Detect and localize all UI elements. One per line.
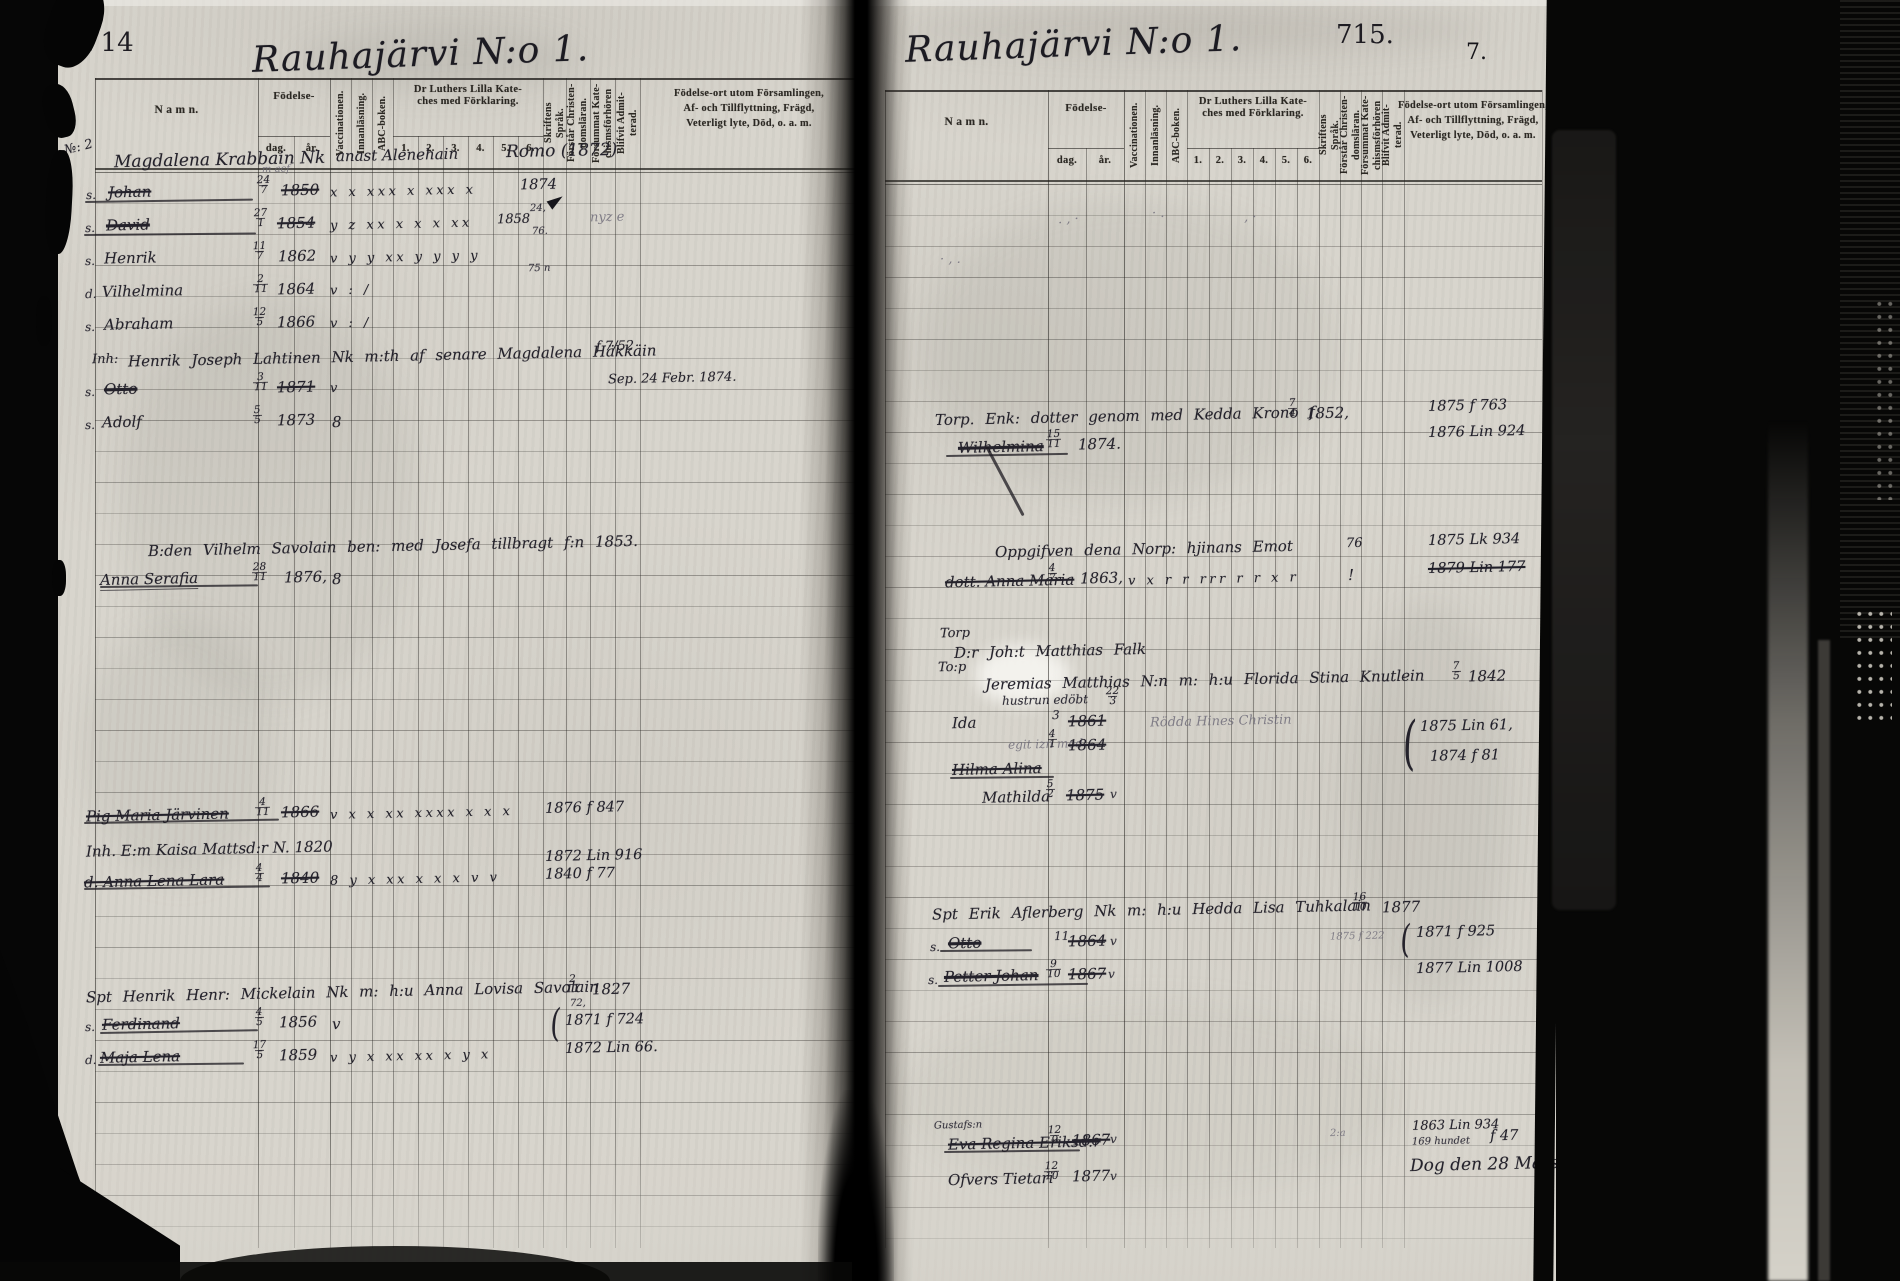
- handwritten-entry: 1862: [278, 247, 317, 266]
- handwritten-entry: Otto: [104, 380, 138, 399]
- handwritten-entry: v: [330, 381, 341, 396]
- handwritten-entry: 76.: [532, 226, 548, 237]
- row-line: [95, 730, 858, 731]
- column-line: [566, 78, 567, 1248]
- handwritten-entry: Romo (1872): [506, 140, 618, 162]
- handwritten-entry: v : /: [330, 283, 372, 299]
- handwritten-entry: 1854: [277, 214, 316, 233]
- date-fraction-part: 11: [253, 382, 269, 393]
- date-fraction-part: 4: [255, 873, 264, 883]
- handwritten-entry: 125: [253, 308, 267, 327]
- scan-speckles: [1876, 300, 1896, 500]
- date-fraction-part: 5: [255, 317, 264, 327]
- row-line: [95, 761, 858, 762]
- handwritten-entry: 129: [1048, 1126, 1062, 1145]
- book-fold-bottom: [818, 1090, 894, 1281]
- handwritten-entry: v: [1110, 934, 1117, 948]
- handwritten-entry: 1871: [277, 378, 316, 397]
- col-innanlasning-label: Innanläsning.: [1150, 94, 1162, 176]
- handwritten-entry: 1874.: [1078, 435, 1121, 454]
- handwritten-entry: 1875 Lk 934: [1428, 531, 1521, 549]
- handwritten-entry: 72,: [570, 998, 586, 1009]
- col-fodelse-label: Födelse-: [273, 90, 315, 103]
- row-line: [95, 513, 858, 514]
- handwritten-entry: 1856: [279, 1013, 318, 1032]
- row-line: [95, 606, 858, 607]
- row-line: [885, 370, 1542, 371]
- date-fraction-part: 11: [252, 572, 268, 583]
- col-namn-label: N a m n.: [155, 104, 199, 117]
- page-number-right: 715.: [1336, 20, 1394, 50]
- date-fraction-part: 11: [1046, 439, 1062, 450]
- handwritten-entry: Abraham: [104, 314, 174, 333]
- handwritten-entry: v: [1110, 1132, 1117, 1146]
- row-line: [95, 265, 858, 266]
- handwritten-entry: 3: [1052, 708, 1060, 722]
- date-fraction-part: 3: [1108, 696, 1117, 706]
- handwritten-entry: · .: [1152, 206, 1165, 221]
- row-line: [885, 339, 1542, 340]
- column-line: [468, 136, 469, 1248]
- handwritten-entry: v: [1110, 1169, 1117, 1183]
- col-forstar-christendomslaran-label: Förstår Christen- domsläran.: [1339, 94, 1363, 176]
- date-fraction-part: 5: [255, 1050, 264, 1060]
- handwritten-entry: 1877: [1072, 1167, 1111, 1186]
- scan-texture-column: [1552, 130, 1616, 910]
- handwritten-entry: 1861: [1068, 712, 1107, 731]
- row-line: [885, 180, 1542, 182]
- handwritten-entry: 247: [257, 176, 271, 195]
- col-blifvit-admitterad-label: Blifvit Admit- terad.: [616, 82, 640, 164]
- row-line: [95, 420, 858, 421]
- row-line: [95, 203, 858, 204]
- handwritten-entry: David: [106, 216, 150, 235]
- handwritten-entry: 211: [253, 275, 269, 295]
- handwritten-entry: 1875 f 222: [1330, 930, 1385, 942]
- row-line: [885, 711, 1542, 712]
- handwritten-entry: 55: [253, 406, 262, 425]
- handwritten-entry: 75: [1452, 662, 1461, 681]
- date-fraction-part: 7: [255, 251, 264, 261]
- handwritten-entry: 41: [1048, 730, 1057, 749]
- handwritten-entry: s.: [930, 940, 940, 954]
- handwritten-entry: 1877: [1382, 898, 1421, 917]
- handwritten-entry: 1864: [1068, 736, 1107, 755]
- handwritten-entry: , ·: [1244, 210, 1257, 225]
- col-fodelse-label: Födelse-: [1065, 102, 1107, 115]
- row-line: [95, 296, 858, 297]
- handwritten-entry: · , .: [940, 252, 961, 267]
- column-line: [543, 78, 544, 1248]
- column-line: [1253, 148, 1254, 1248]
- handwritten-entry: 1842: [1468, 667, 1507, 686]
- handwritten-entry: s.: [85, 418, 95, 432]
- handwritten-entry: 1875 Lin 61,: [1420, 717, 1513, 735]
- handwritten-entry: 52: [1046, 780, 1055, 799]
- column-line: [590, 78, 591, 1248]
- scan-white-streak: [1768, 420, 1808, 1281]
- handwritten-entry: 1852,: [1306, 404, 1349, 423]
- row-line: [95, 947, 858, 948]
- date-fraction-part: 10: [1046, 969, 1062, 980]
- handwritten-entry: s.: [85, 1020, 95, 1034]
- row-line: [885, 835, 1542, 836]
- handwritten-entry: 24,: [530, 203, 546, 214]
- col-skriftens-sprak-label: Skriftens Språk.: [1318, 94, 1342, 176]
- row-line: [95, 637, 858, 638]
- scan-speckles: [1856, 610, 1892, 720]
- handwritten-entry: 211: [565, 975, 581, 995]
- column-line: [294, 136, 295, 1248]
- handwritten-entry: !: [1348, 566, 1354, 584]
- handwritten-entry: 1874: [520, 177, 557, 194]
- handwritten-entry: 1874 f 81: [1430, 747, 1500, 764]
- row-line: [885, 742, 1542, 743]
- column-line: [1231, 148, 1232, 1248]
- row-line: [95, 78, 858, 80]
- column-line: [1297, 148, 1298, 1248]
- handwritten-entry: Ofvers Tietari: [948, 1169, 1054, 1189]
- date-fraction-part: 11: [253, 284, 269, 295]
- handwritten-entry: s.: [85, 385, 95, 399]
- handwritten-entry: 1867: [1072, 1131, 1111, 1150]
- scan-bottom-edge: [0, 1262, 852, 1281]
- date-fraction-part: 9: [1050, 1135, 1059, 1145]
- column-line: [443, 136, 444, 1248]
- column-line: [615, 78, 616, 1248]
- handwritten-entry: v : /: [330, 316, 372, 332]
- handwritten-entry: 1875: [1066, 786, 1105, 805]
- row-line: [885, 463, 1542, 464]
- row-line: [95, 668, 858, 669]
- handwritten-entry: hustrun edöbt: [1002, 692, 1088, 708]
- row-line: [95, 451, 858, 452]
- ink-blot: [52, 560, 66, 596]
- handwritten-entry: 1876 Lin 924: [1428, 423, 1526, 441]
- col-katekes-3-label: 3.: [1238, 154, 1246, 167]
- handwritten-entry: 74: [1288, 399, 1297, 418]
- date-fraction-part: 1: [256, 218, 265, 228]
- handwritten-entry: 1859: [279, 1046, 318, 1065]
- column-line: [1048, 90, 1049, 1248]
- handwritten-entry: (: [1401, 720, 1418, 767]
- handwritten-entry: s.: [928, 973, 938, 987]
- handwritten-entry: Johan: [108, 183, 152, 202]
- row-line: [95, 482, 858, 483]
- row-line: [95, 575, 858, 576]
- corner-mark: 7.: [1466, 40, 1487, 65]
- handwritten-entry: 47: [1048, 564, 1057, 583]
- date-fraction-part: 1: [1048, 739, 1057, 749]
- row-line: [95, 823, 858, 824]
- column-line: [1166, 90, 1167, 1248]
- col-katekes-1-label: 1.: [1194, 154, 1202, 167]
- date-fraction-part: 5: [1452, 671, 1461, 681]
- col-forsummat-katechismforhoren-label: Försummat Kate- chismsförhören: [1360, 94, 1384, 176]
- row-line: [885, 246, 1542, 247]
- handwritten-entry: 2811: [252, 563, 268, 583]
- date-fraction-part: 11: [255, 807, 271, 818]
- row-line: [95, 1071, 858, 1072]
- handwritten-entry: 169 hundet: [1412, 1135, 1470, 1147]
- col-katekes-2-label: 2.: [1216, 154, 1224, 167]
- row-line: [885, 866, 1542, 867]
- handwritten-entry: 1840: [281, 869, 320, 888]
- handwritten-entry: 117: [253, 242, 267, 261]
- handwritten-entry: 1858: [497, 212, 530, 228]
- handwritten-entry: (: [1399, 924, 1411, 955]
- row-line: [95, 389, 858, 390]
- handwritten-entry: 1866: [277, 313, 316, 332]
- row-line: [885, 525, 1542, 526]
- handwritten-entry: Sep. 24 Febr. 1874.: [608, 370, 737, 388]
- row-line: [885, 90, 1542, 92]
- row-line: [885, 990, 1542, 991]
- date-fraction-part: 10: [1352, 902, 1368, 913]
- row-line: [95, 978, 858, 979]
- column-line: [1124, 90, 1125, 1248]
- handwritten-entry: 8: [332, 413, 342, 431]
- date-fraction-part: 4: [1288, 408, 1297, 418]
- col-katekes-5-label: 5.: [1282, 154, 1290, 167]
- handwritten-entry: Rödda Hines Christin: [1150, 713, 1292, 731]
- col-namn-label: N a m n.: [945, 116, 989, 129]
- column-line: [1145, 90, 1146, 1248]
- column-line: [1209, 148, 1210, 1248]
- col-fodelseort-label: Födelse-ort utom Församlingen, Af- och T…: [1398, 98, 1548, 143]
- handwritten-entry: 1873: [277, 411, 316, 430]
- row-line: [95, 172, 858, 173]
- handwritten-entry: 1875 f 763: [1428, 397, 1507, 415]
- col-ar-label: år.: [1099, 154, 1111, 167]
- handwritten-entry: d.: [85, 287, 97, 301]
- handwritten-entry: 1850: [281, 181, 320, 200]
- handwritten-entry: 1863 Lin 934: [1412, 1117, 1500, 1134]
- date-fraction-part: 7: [259, 185, 268, 195]
- handwritten-entry: v y y xx y y y y: [330, 248, 481, 266]
- column-line: [95, 78, 96, 1248]
- date-fraction-part: 10: [1044, 1171, 1060, 1182]
- handwritten-entry: f 7/52: [596, 339, 634, 355]
- scan-gray-streak: [1818, 640, 1830, 1281]
- row-line: [885, 184, 1542, 185]
- handwritten-entry: 75 n: [528, 263, 551, 274]
- date-fraction-part: 11: [565, 984, 581, 995]
- handwritten-entry: 411: [255, 798, 271, 818]
- handwritten-entry: 311: [253, 373, 269, 393]
- row-line: [885, 897, 1542, 898]
- handwritten-entry: 1866: [281, 803, 320, 822]
- row-line: [95, 792, 858, 793]
- handwritten-entry: y z xx x x x xx: [330, 216, 473, 234]
- handwritten-entry: 1864: [277, 280, 316, 299]
- handwritten-entry: 1871 f 925: [1416, 923, 1495, 941]
- col-katekes-label: Dr Luthers Lilla Kate- ches med Förklari…: [414, 84, 522, 108]
- column-line: [418, 136, 419, 1248]
- col-dag-label: dag.: [1057, 154, 1077, 167]
- column-line: [1187, 90, 1188, 1248]
- handwritten-entry: 1210: [1044, 1162, 1060, 1182]
- row-line: [95, 916, 858, 917]
- handwritten-entry: anast Alenehain: [336, 145, 459, 166]
- handwritten-entry: v: [1108, 967, 1115, 981]
- row-line: [885, 1083, 1542, 1084]
- handwritten-entry: d.: [85, 1053, 97, 1067]
- handwritten-entry: Mathilda: [982, 787, 1051, 806]
- column-line: [493, 136, 494, 1248]
- row-line: [95, 1102, 858, 1103]
- handwritten-entry: 44: [255, 864, 264, 883]
- date-fraction-part: 5: [255, 1017, 264, 1027]
- handwritten-entry: 1872 Lin 916: [545, 847, 643, 865]
- col-abc-boken-label: ABC-boken.: [1171, 94, 1183, 176]
- handwritten-entry: nyz e: [590, 210, 625, 226]
- handwritten-entry: Vilhelmina: [102, 281, 183, 301]
- handwritten-entry: 1876,: [284, 568, 327, 587]
- column-line: [518, 136, 519, 1248]
- handwritten-entry: x x xxx x xxx x: [330, 182, 477, 200]
- book-fold-shadow: [800, 0, 912, 1281]
- handwritten-entry: Torp: [940, 626, 970, 642]
- handwritten-entry: 45: [255, 1008, 264, 1027]
- handwritten-entry: To:p: [938, 660, 967, 676]
- handwritten-entry: Adolf: [102, 413, 142, 432]
- ink-blot: [36, 296, 52, 346]
- handwritten-entry: 8: [332, 570, 342, 588]
- row-line: [885, 1021, 1542, 1022]
- row-line: [885, 1052, 1542, 1053]
- column-line: [640, 78, 641, 1248]
- row-line: [95, 1040, 858, 1041]
- handwritten-entry: Inh:: [92, 352, 119, 368]
- handwritten-entry: 1840 f 77: [545, 865, 615, 882]
- handwritten-entry: 223: [1106, 687, 1120, 706]
- row-line: [95, 699, 858, 700]
- handwritten-entry: 1877 Lin 1008: [1416, 959, 1523, 977]
- document-scan: { "scan": { "colors": { "paper": "#d8d5c…: [0, 0, 1900, 1281]
- col-vaccinerad-label: Vaccinationen.: [1129, 94, 1141, 176]
- date-fraction-part: 5: [253, 415, 262, 425]
- handwritten-entry: 1871 f 724: [565, 1011, 644, 1029]
- date-fraction-part: 2: [1046, 789, 1055, 799]
- handwritten-entry: (: [549, 1008, 561, 1039]
- handwritten-entry: 1872 Lin 66.: [565, 1039, 658, 1057]
- handwritten-entry: 271: [254, 209, 268, 228]
- handwritten-entry: s.: [85, 254, 95, 268]
- row-line: [885, 308, 1542, 309]
- handwritten-entry: 1876 f 847: [545, 799, 624, 817]
- handwritten-entry: Gustafs:n: [934, 1119, 982, 1131]
- col-katekes-6-label: 6.: [1304, 154, 1312, 167]
- handwritten-entry: 76: [1346, 536, 1363, 551]
- col-katekes-4-label: 4.: [476, 142, 484, 155]
- handwritten-entry: Henrik: [104, 248, 157, 267]
- row-line: [885, 277, 1542, 278]
- handwritten-entry: 1864: [1068, 932, 1107, 951]
- handwritten-entry: 1827: [592, 980, 631, 999]
- handwritten-entry: v: [1110, 787, 1117, 801]
- handwritten-entry: Ida: [952, 714, 977, 733]
- row-line: [885, 1114, 1542, 1115]
- handwritten-entry: 1610: [1352, 893, 1368, 913]
- handwritten-entry: 1879 Lin 177: [1428, 559, 1526, 577]
- col-katekes-label: Dr Luthers Lilla Kate- ches med Förklari…: [1199, 96, 1307, 120]
- handwritten-entry: 1511: [1046, 430, 1062, 450]
- handwritten-entry: v: [332, 1015, 341, 1033]
- row-line: [885, 618, 1542, 619]
- handwritten-entry: m acf: [262, 164, 290, 176]
- row-line: [95, 1009, 858, 1010]
- handwritten-entry: 1863,: [1080, 569, 1123, 588]
- column-line: [1275, 148, 1276, 1248]
- col-katekes-4-label: 4.: [1260, 154, 1268, 167]
- handwritten-entry: . , ·: [1058, 212, 1079, 227]
- handwritten-entry: 175: [253, 1041, 267, 1060]
- handwritten-entry: 910: [1046, 960, 1062, 980]
- row-line: [885, 215, 1542, 216]
- row-line: [95, 327, 858, 328]
- handwritten-entry: 2:a: [1330, 1128, 1346, 1139]
- handwritten-entry: s.: [85, 320, 95, 334]
- handwritten-entry: f 47: [1490, 1128, 1519, 1145]
- date-fraction-part: 7: [1048, 573, 1057, 583]
- row-line: [885, 494, 1542, 495]
- handwritten-entry: 1867: [1068, 965, 1107, 984]
